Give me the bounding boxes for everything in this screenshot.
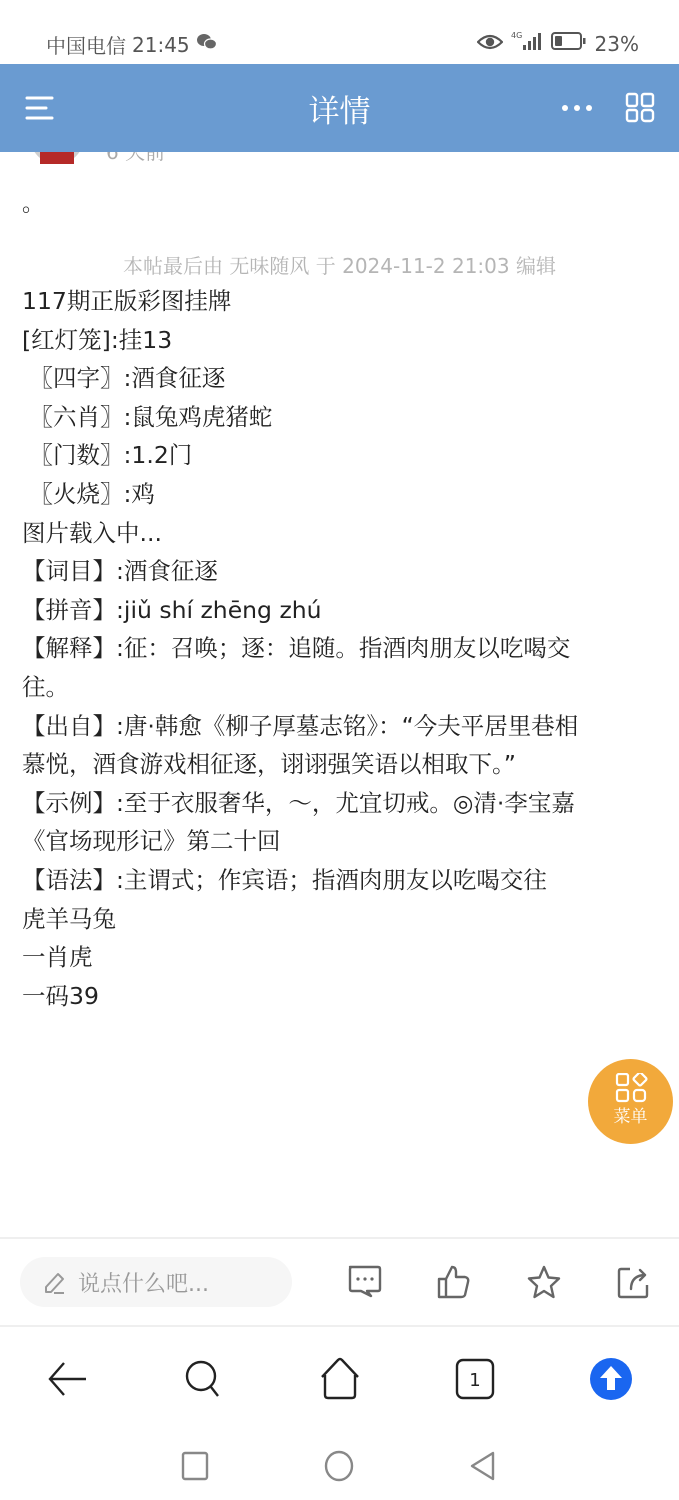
comment-input[interactable]: 说点什么吧...: [20, 1257, 292, 1307]
floating-menu-label: 菜单: [588, 1107, 673, 1127]
svg-text:1: 1: [469, 1370, 480, 1391]
post-body: 117期正版彩图挂牌 [红灯笼]:挂13 〖四字〗:酒食征逐 〖六肖〗:鼠兔鸡虎…: [22, 282, 657, 1015]
post-line: 〖六肖〗:鼠兔鸡虎猪蛇: [22, 398, 657, 437]
recents-button[interactable]: [178, 1449, 212, 1483]
clock: 21:45: [132, 33, 190, 57]
apps-icon: [614, 1073, 648, 1103]
post-line: 虎羊马兔: [22, 900, 657, 939]
grid-icon: [624, 92, 656, 124]
more-dots-icon: [560, 94, 596, 122]
comment-placeholder: 说点什么吧...: [78, 1267, 209, 1298]
post-line: 〖火烧〗:鸡: [22, 475, 657, 514]
image-loading-placeholder[interactable]: 图片载入中...: [22, 514, 657, 553]
comment-button[interactable]: [345, 1263, 385, 1303]
post-line: 【出自】:唐·韩愈《柳子厚墓志铭》：“今夫平居里巷相: [22, 707, 657, 746]
status-bar: 中国电信 21:45 4G 23%: [0, 0, 679, 64]
post-line: 【词目】:酒食征逐: [22, 552, 657, 591]
pencil-icon: [42, 1269, 68, 1295]
post-line: 〖四字〗:酒食征逐: [22, 359, 657, 398]
more-button[interactable]: [560, 94, 596, 122]
like-button[interactable]: [434, 1263, 474, 1303]
comment-icon: [345, 1263, 385, 1303]
post-line: 往。: [22, 668, 657, 707]
tabs-icon: 1: [454, 1357, 498, 1401]
post-line: 〖门数〗:1.2门: [22, 436, 657, 475]
status-bar-left: 中国电信 21:45: [46, 30, 218, 59]
favorite-button[interactable]: [524, 1263, 564, 1303]
svg-text:4G: 4G: [511, 31, 522, 40]
search-icon: [182, 1357, 226, 1401]
post-first-line: 。: [22, 186, 657, 224]
arrow-up-circle-icon: [589, 1357, 633, 1401]
post-line: 【示例】:至于衣服奢华，～，尤宜切戒。◎清·李宝嘉: [22, 784, 657, 823]
triangle-back-icon: [466, 1449, 500, 1483]
carrier-label: 中国电信: [46, 30, 126, 59]
post-line: 一肖虎: [22, 938, 657, 977]
post-line: 117期正版彩图挂牌: [22, 282, 657, 321]
eye-icon: [477, 32, 503, 56]
comment-bar: 说点什么吧...: [0, 1237, 679, 1327]
author-avatar[interactable]: [30, 152, 84, 164]
post-time: 6 天前: [106, 152, 165, 162]
square-icon: [178, 1449, 212, 1483]
browser-nav-bar: 1: [0, 1329, 679, 1429]
app-header: 详情: [0, 64, 679, 152]
grid-button[interactable]: [624, 92, 656, 124]
system-home-button[interactable]: [322, 1449, 356, 1483]
system-nav-bar: [0, 1429, 679, 1500]
battery-percent: 23%: [595, 32, 639, 56]
scroll-top-button[interactable]: [589, 1357, 633, 1401]
share-button[interactable]: [614, 1263, 654, 1303]
arrow-left-icon: [46, 1357, 90, 1401]
post-line: 《官场现形记》第二十回: [22, 822, 657, 861]
home-icon: [318, 1357, 362, 1401]
battery-icon: [551, 31, 587, 56]
edit-note: 本帖最后由 无味随风 于 2024-11-2 21:03 编辑: [22, 250, 657, 282]
thumbs-up-icon: [434, 1263, 474, 1303]
signal-icon: 4G: [511, 30, 543, 57]
post-line: 慕悦，酒食游戏相征逐，诩诩强笑语以相取下。”: [22, 745, 657, 784]
back-button[interactable]: [46, 1357, 90, 1401]
star-icon: [524, 1263, 564, 1303]
post-content: 。 本帖最后由 无味随风 于 2024-11-2 21:03 编辑 117期正版…: [22, 186, 657, 1015]
post-line: 【拼音】:jiǔ shí zhēng zhú: [22, 591, 657, 630]
system-back-button[interactable]: [466, 1449, 500, 1483]
post-line: [红灯笼]:挂13: [22, 321, 657, 360]
home-button[interactable]: [318, 1357, 362, 1401]
tabs-button[interactable]: 1: [454, 1357, 498, 1401]
circle-icon: [322, 1449, 356, 1483]
post-line: 【语法】:主谓式；作宾语；指酒肉朋友以吃喝交往: [22, 861, 657, 900]
post-line: 【解释】:征：召唤；逐：追随。指酒肉朋友以吃喝交: [22, 629, 657, 668]
post-line: 一码39: [22, 977, 657, 1016]
status-bar-right: 4G 23%: [477, 30, 639, 57]
floating-menu-button[interactable]: 菜单: [588, 1059, 673, 1144]
share-icon: [614, 1263, 654, 1303]
search-button[interactable]: [182, 1357, 226, 1401]
wechat-icon: [196, 32, 218, 57]
